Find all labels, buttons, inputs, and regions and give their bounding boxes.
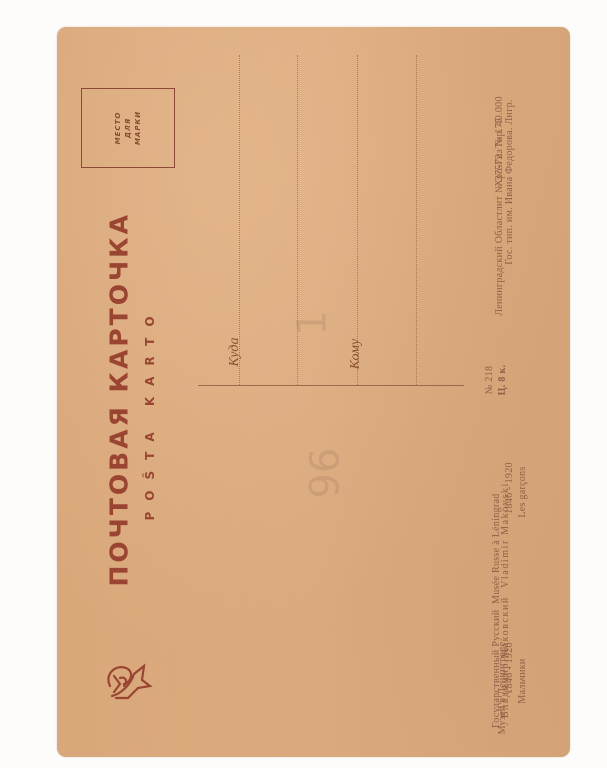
- where-label: Куда: [227, 332, 243, 372]
- stamp-box-label: МЕСТО ДЛЯ МАРКИ: [113, 111, 143, 145]
- pencil-mark: 1: [290, 310, 336, 335]
- stamp-line-3: МАРКИ: [133, 111, 143, 145]
- publisher-monogram-icon: [98, 656, 156, 706]
- price: Ц. 8 к.: [497, 350, 509, 410]
- years-ru: 1846 - 1920: [504, 628, 516, 708]
- to-whom-label: Кому: [348, 334, 364, 374]
- address-divider: [198, 385, 464, 386]
- stamp-box: МЕСТО ДЛЯ МАРКИ: [81, 88, 175, 168]
- address-line-4: [416, 55, 417, 385]
- postcard-subtitle: POŜTA KARTO: [143, 303, 157, 523]
- years-fr: 1846 - 1920: [504, 448, 516, 528]
- pencil-mark: 96: [302, 448, 348, 499]
- work-fr: Les garçons: [517, 452, 529, 532]
- work-ru: Мальчики: [517, 641, 529, 721]
- stamp-line-2: ДЛЯ: [123, 111, 133, 145]
- print-number: № 218: [484, 350, 496, 410]
- postcard-title: ПОЧТОВАЯ КАРТОЧКА: [105, 237, 134, 587]
- imprint-line-3: Гос. тип. им. Ивана Федорова. Лнгр.: [504, 52, 516, 312]
- stamp-line-1: МЕСТО: [113, 111, 123, 145]
